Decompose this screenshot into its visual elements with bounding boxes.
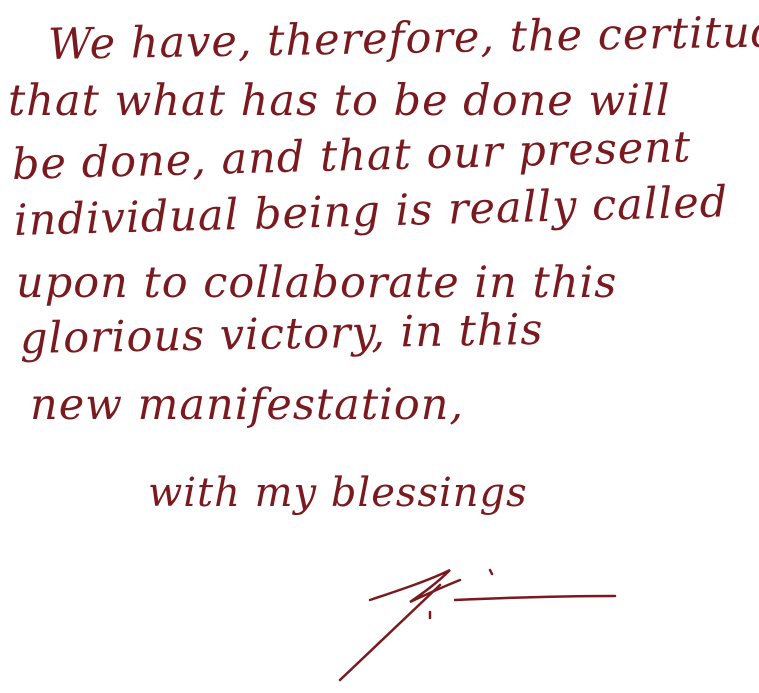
letter-line-2: that what has to be done will	[8, 76, 670, 126]
letter-line-3: be done, and that our present	[11, 122, 692, 190]
letter-line-4: individual being is really called	[13, 177, 729, 246]
signature-mark	[330, 540, 630, 690]
handwritten-letter: We have, therefore, the certitude that w…	[0, 0, 759, 693]
letter-line-5: upon to collaborate in this	[16, 258, 617, 308]
letter-line-1: We have, therefore, the certitude	[48, 7, 759, 70]
letter-line-6: glorious victory, in this	[20, 305, 544, 364]
closing-text: with my blessings	[148, 470, 528, 516]
letter-line-7: new manifestation,	[30, 380, 464, 430]
